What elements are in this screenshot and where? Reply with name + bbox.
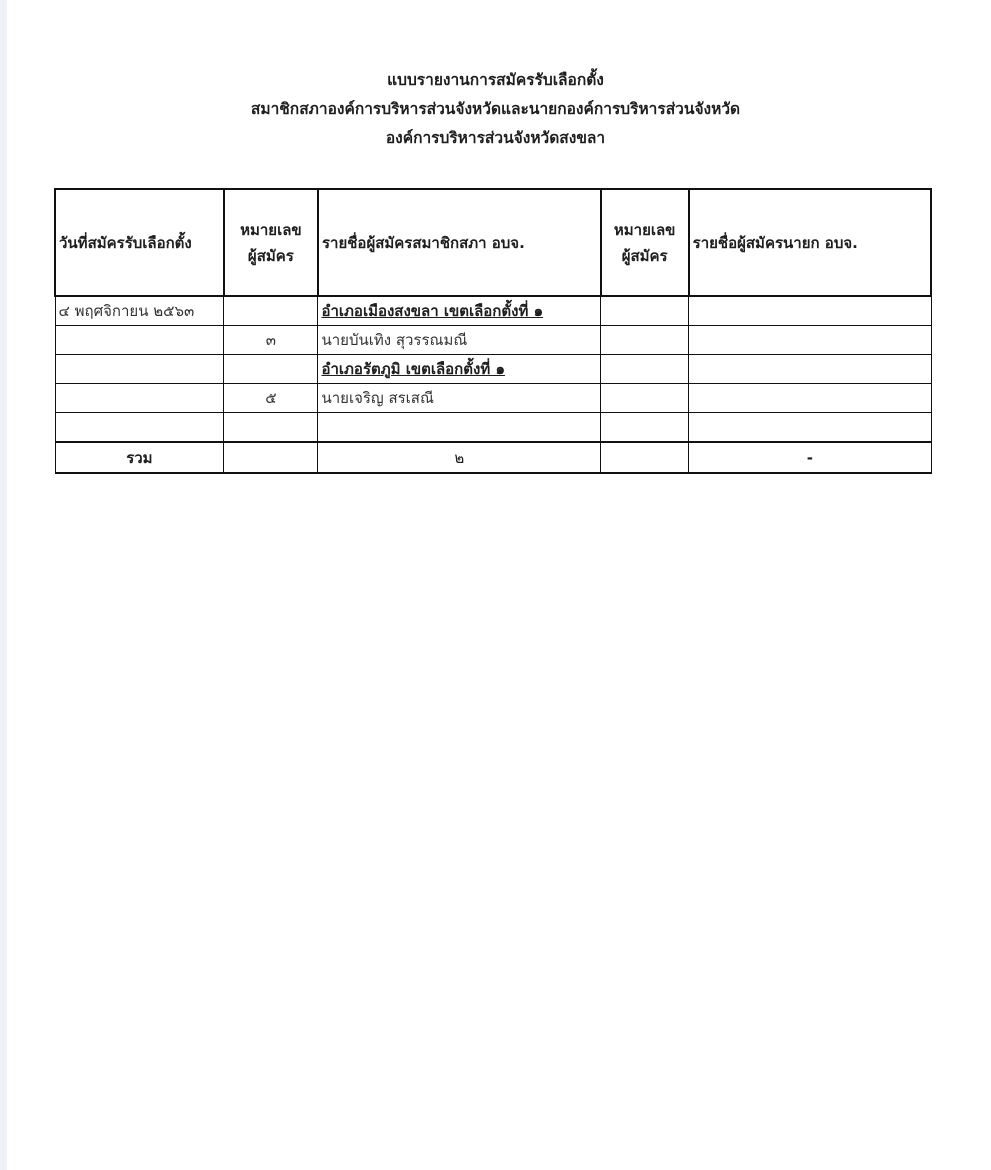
cell-date bbox=[55, 413, 224, 443]
cell-council-number: ๕ bbox=[224, 384, 318, 413]
header-mayor-names: รายชื่อผู้สมัครนายก อบจ. bbox=[689, 189, 931, 296]
total-row: รวม ๒ - bbox=[55, 442, 931, 473]
total-mayor-number bbox=[601, 442, 689, 473]
document-title: แบบรายงานการสมัครรับเลือกตั้ง สมาชิกสภาอ… bbox=[0, 66, 991, 153]
cell-council-district: อำเภอรัตภูมิ เขตเลือกตั้งที่ ๑ bbox=[318, 355, 601, 384]
cell-mayor-name bbox=[689, 413, 931, 443]
table-header-row: วันที่สมัครรับเลือกตั้ง หมายเลข ผู้สมัคร… bbox=[55, 189, 931, 296]
document-page bbox=[7, 0, 991, 1170]
cell-mayor-number bbox=[601, 384, 689, 413]
header-council-number: หมายเลข ผู้สมัคร bbox=[224, 189, 318, 296]
table-row: ๕ นายเจริญ สรเสณี bbox=[55, 384, 931, 413]
cell-mayor-number bbox=[601, 326, 689, 355]
header-mayor-number-line1: หมายเลข bbox=[605, 217, 685, 243]
cell-council-number bbox=[224, 355, 318, 384]
cell-council-district: อำเภอเมืองสงขลา เขตเลือกตั้งที่ ๑ bbox=[318, 296, 601, 326]
cell-council-number: ๓ bbox=[224, 326, 318, 355]
cell-council-name bbox=[318, 413, 601, 443]
total-council-count: ๒ bbox=[318, 442, 601, 473]
cell-council-name: นายบันเทิง สุวรรณมณี bbox=[318, 326, 601, 355]
cell-mayor-number bbox=[601, 355, 689, 384]
title-line-1: แบบรายงานการสมัครรับเลือกตั้ง bbox=[0, 66, 991, 95]
cell-date bbox=[55, 384, 224, 413]
header-council-number-line1: หมายเลข bbox=[228, 217, 314, 243]
table-row: อำเภอรัตภูมิ เขตเลือกตั้งที่ ๑ bbox=[55, 355, 931, 384]
title-line-2: สมาชิกสภาองค์การบริหารส่วนจังหวัดและนายก… bbox=[0, 95, 991, 124]
header-council-names: รายชื่อผู้สมัครสมาชิกสภา อบจ. bbox=[318, 189, 601, 296]
viewer-left-margin bbox=[0, 0, 7, 1170]
header-mayor-number: หมายเลข ผู้สมัคร bbox=[601, 189, 689, 296]
total-mayor-count: - bbox=[689, 442, 931, 473]
total-council-number bbox=[224, 442, 318, 473]
table-row: ๓ นายบันเทิง สุวรรณมณี bbox=[55, 326, 931, 355]
table-row bbox=[55, 413, 931, 443]
cell-mayor-name bbox=[689, 384, 931, 413]
cell-mayor-name bbox=[689, 355, 931, 384]
cell-date bbox=[55, 355, 224, 384]
total-label: รวม bbox=[55, 442, 224, 473]
cell-council-number bbox=[224, 296, 318, 326]
header-date: วันที่สมัครรับเลือกตั้ง bbox=[55, 189, 224, 296]
cell-date: ๔ พฤศจิกายน ๒๕๖๓ bbox=[55, 296, 224, 326]
cell-date bbox=[55, 326, 224, 355]
cell-mayor-number bbox=[601, 296, 689, 326]
header-council-number-line2: ผู้สมัคร bbox=[228, 243, 314, 269]
cell-mayor-name bbox=[689, 326, 931, 355]
cell-mayor-number bbox=[601, 413, 689, 443]
cell-council-number bbox=[224, 413, 318, 443]
table-row: ๔ พฤศจิกายน ๒๕๖๓ อำเภอเมืองสงขลา เขตเลือ… bbox=[55, 296, 931, 326]
header-mayor-number-line2: ผู้สมัคร bbox=[605, 243, 685, 269]
cell-mayor-name bbox=[689, 296, 931, 326]
candidate-report-table: วันที่สมัครรับเลือกตั้ง หมายเลข ผู้สมัคร… bbox=[54, 188, 932, 474]
title-line-3: องค์การบริหารส่วนจังหวัดสงขลา bbox=[0, 124, 991, 153]
cell-council-name: นายเจริญ สรเสณี bbox=[318, 384, 601, 413]
